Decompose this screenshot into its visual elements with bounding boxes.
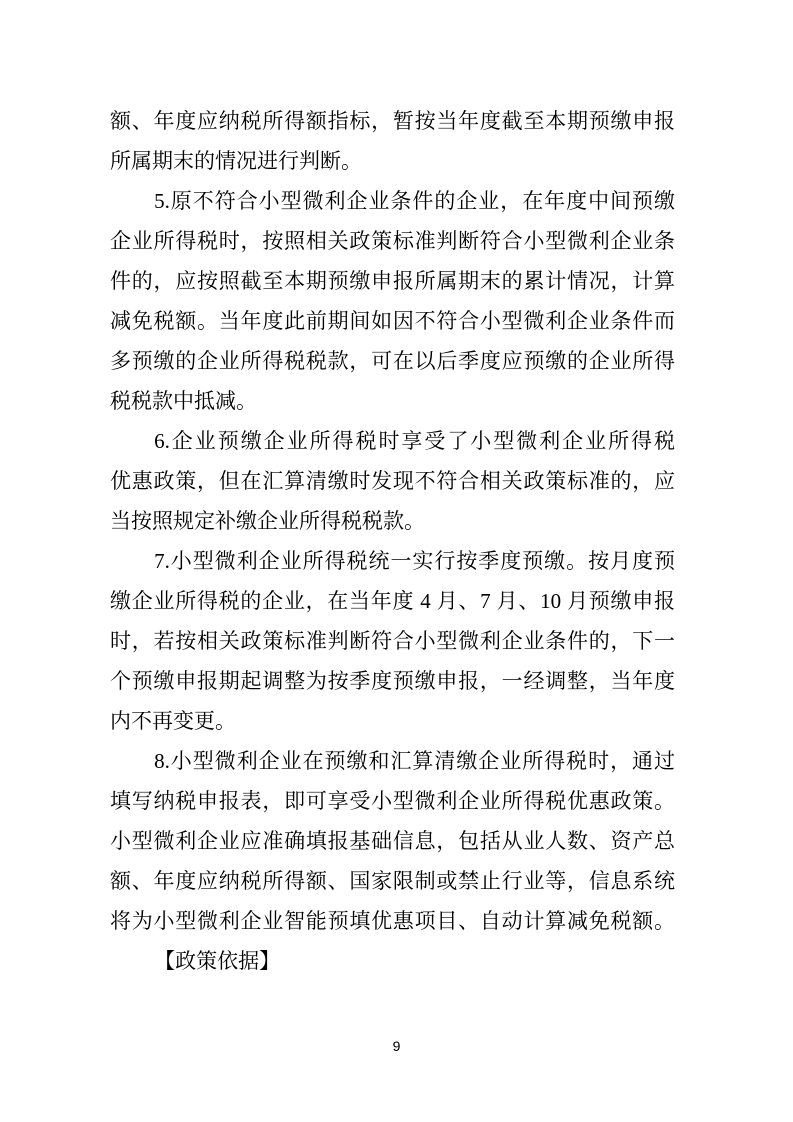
text-line: 小型微利企业应准确填报基础信息，包括从业人数、资产总 — [110, 821, 675, 861]
text-line: 6.企业预缴企业所得税时享受了小型微利企业所得税 — [110, 421, 675, 461]
text-line: 税税款中抵减。 — [110, 381, 675, 421]
text-line: 内不再变更。 — [110, 701, 675, 741]
text-line: 所属期末的情况进行判断。 — [110, 141, 675, 181]
text-line: 缴企业所得税的企业，在当年度 4 月、7 月、10 月预缴申报 — [110, 581, 675, 621]
text-line: 时，若按相关政策标准判断符合小型微利企业条件的，下一 — [110, 621, 675, 661]
text-line: 8.小型微利企业在预缴和汇算清缴企业所得税时，通过 — [110, 741, 675, 781]
text-line: 个预缴申报期起调整为按季度预缴申报，一经调整，当年度 — [110, 661, 675, 701]
text-line: 7.小型微利企业所得税统一实行按季度预缴。按月度预 — [110, 541, 675, 581]
text-line: 填写纳税申报表，即可享受小型微利企业所得税优惠政策。 — [110, 781, 675, 821]
text-line: 件的，应按照截至本期预缴申报所属期末的累计情况，计算 — [110, 261, 675, 301]
text-line: 减免税额。当年度此前期间如因不符合小型微利企业条件而 — [110, 301, 675, 341]
text-line: 优惠政策，但在汇算清缴时发现不符合相关政策标准的，应 — [110, 461, 675, 501]
section-heading: 【政策依据】 — [110, 941, 675, 981]
text-block: 额、年度应纳税所得额指标，暂按当年度截至本期预缴申报 所属期末的情况进行判断。 … — [110, 101, 675, 981]
text-line: 额、年度应纳税所得额、国家限制或禁止行业等，信息系统 — [110, 861, 675, 901]
page-number: 9 — [0, 1036, 793, 1056]
text-line: 企业所得税时，按照相关政策标准判断符合小型微利企业条 — [110, 221, 675, 261]
text-line: 当按照规定补缴企业所得税税款。 — [110, 501, 675, 541]
text-line: 5.原不符合小型微利企业条件的企业，在年度中间预缴 — [110, 181, 675, 221]
document-page: 额、年度应纳税所得额指标，暂按当年度截至本期预缴申报 所属期末的情况进行判断。 … — [0, 0, 793, 1122]
text-line: 额、年度应纳税所得额指标，暂按当年度截至本期预缴申报 — [110, 101, 675, 141]
text-line: 多预缴的企业所得税税款，可在以后季度应预缴的企业所得 — [110, 341, 675, 381]
text-line: 将为小型微利企业智能预填优惠项目、自动计算减免税额。 — [110, 901, 675, 941]
